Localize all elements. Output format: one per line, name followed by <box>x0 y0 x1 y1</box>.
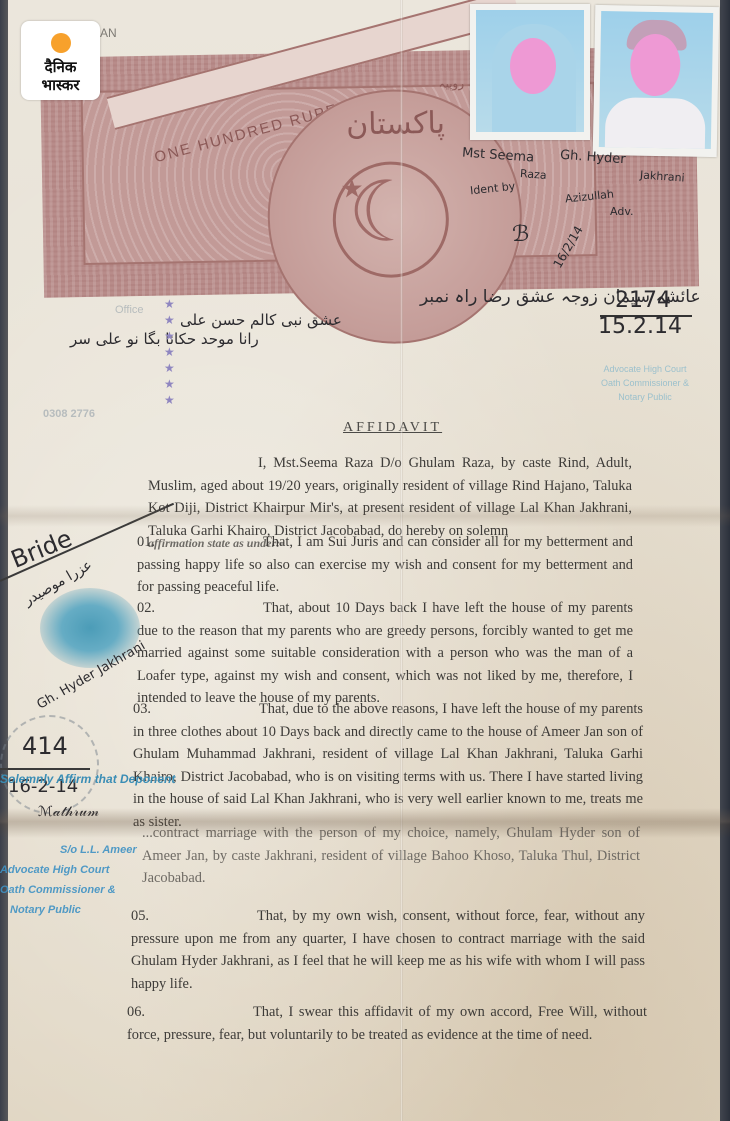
faint-notary-stamp: Advocate High Court Oath Commissioner & … <box>570 362 720 404</box>
paragraph-number: 03. <box>133 698 259 721</box>
registration-date: 15.2.14 <box>598 314 682 339</box>
affidavit-paragraph-6: 06.That, I swear this affidavit of my ow… <box>127 1001 647 1046</box>
registration-number: 2174 <box>615 288 671 313</box>
paper-fold-horizontal-upper <box>0 505 730 527</box>
paper-fold-horizontal <box>0 808 730 838</box>
logo-sun-icon <box>51 33 71 53</box>
document-title: AFFIDAVIT <box>343 420 442 436</box>
solemn-affirm-stamp: Solemnly Affirm that Deponent <box>0 772 175 786</box>
paragraph-number: 02. <box>137 597 263 620</box>
groom-photo <box>593 5 720 157</box>
seal-divider <box>0 768 90 770</box>
faint-stamp-line: Oath Commissioner & <box>570 376 720 390</box>
notary-stamp-line: Advocate High Court <box>0 860 140 880</box>
faint-vendor-stamp: Office 0308 2776 <box>25 300 185 424</box>
groom-photo-image <box>599 11 713 149</box>
paragraph-number: 05. <box>131 905 257 928</box>
faint-stamp-line: Notary Public <box>570 390 720 404</box>
notary-stamp-line: Oath Commissioner & <box>0 880 140 900</box>
faint-stamp-phone: 0308 2776 <box>43 404 185 424</box>
official-seal <box>0 715 99 814</box>
handwritten-father: Raza <box>520 167 548 182</box>
paragraph-number: 06. <box>127 1001 253 1024</box>
notary-stamp-line: S/o L.L. Ameer <box>60 840 140 860</box>
affidavit-paragraph-1: 01.That, I am Sui Juris and can consider… <box>137 531 633 599</box>
paper-fold-vertical <box>400 0 403 1121</box>
affidavit-paragraph-2: 02.That, about 10 Days back I have left … <box>137 597 633 710</box>
dainik-bhaskar-logo: दैनिक भास्कर <box>21 21 100 100</box>
paragraph-number: 01. <box>137 531 263 554</box>
stamp-country-urdu: پاکستان <box>346 106 445 143</box>
notary-stamp: S/o L.L. Ameer Advocate High Court Oath … <box>0 840 140 920</box>
stamp-corner-label: AN <box>100 26 117 40</box>
seal-number: 414 <box>22 732 68 760</box>
bride-photo <box>470 4 590 140</box>
handwritten-adv: Adv. <box>610 205 633 218</box>
shirt <box>605 97 706 149</box>
stamp-urdu-rupee: روپیہ <box>438 76 464 90</box>
faint-stamp-line: Advocate High Court <box>570 362 720 376</box>
bride-photo-image <box>476 10 584 132</box>
logo-text-line2: भास्कर <box>21 77 100 93</box>
notary-stamp-line: Notary Public <box>10 900 140 920</box>
signature-scribble-icon: ℬ <box>512 222 529 247</box>
faint-stamp-office: Office <box>115 300 185 320</box>
face <box>510 38 556 94</box>
logo-text-line1: दैनिक <box>21 59 100 75</box>
face <box>630 34 681 97</box>
affidavit-paragraph-5: 05.That, by my own wish, consent, withou… <box>131 905 645 995</box>
star-icon: ★ <box>340 174 364 204</box>
urdu-handwriting-line2: عشق نبی کالم حسن علی <box>180 311 342 329</box>
